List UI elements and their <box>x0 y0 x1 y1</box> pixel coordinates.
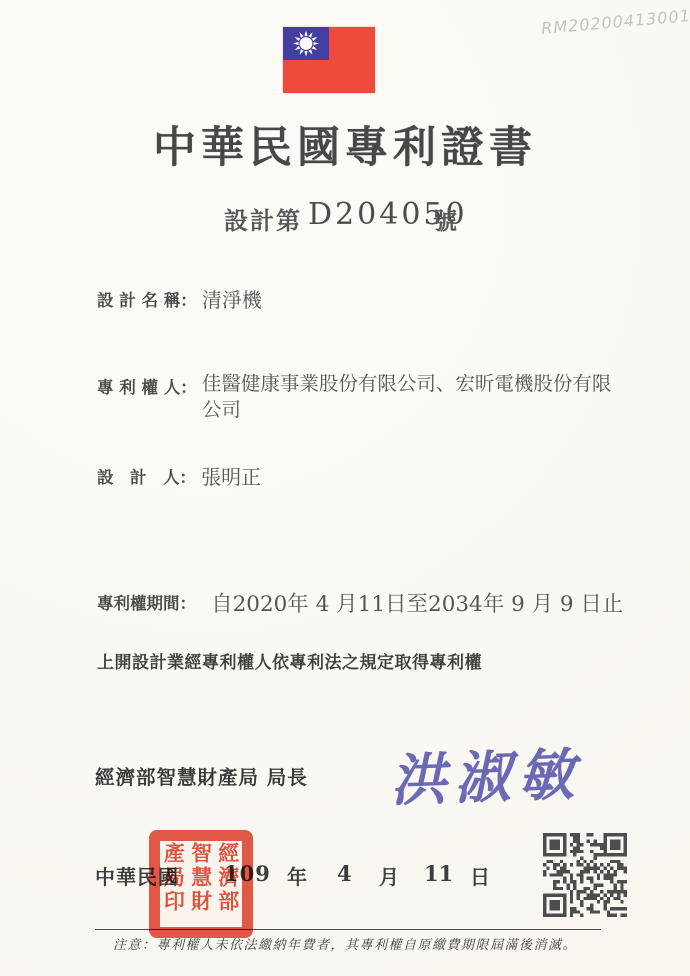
patentee-label: 專 利 權 人： <box>97 371 197 398</box>
patent-term-label: 專利權期間： <box>97 587 196 614</box>
date-month-unit: 月 <box>379 861 399 890</box>
seal-column-right: 經濟部 <box>216 842 241 926</box>
footer-note: 注意：專利權人未依法繳納年費者，其專利權自原繳費期限屆滿後消滅。 <box>0 934 690 953</box>
design-name-row: 設 計 名 稱： 清淨機 <box>97 284 262 313</box>
roc-flag <box>283 27 375 93</box>
patent-certificate-page: RM202004130016 中華民國專利證書 設計第 D204050 號 設 … <box>0 0 690 976</box>
designer-value: 張明正 <box>201 461 261 490</box>
patent-term-row: 專利權期間： 自2020年 4 月11日至2034年 9 月 9 日止 <box>97 587 623 618</box>
qr-code <box>543 833 627 917</box>
patentee-value: 佳醫健康事業股份有限公司、宏昕電機股份有限公司 <box>202 371 617 424</box>
patentee-row: 專 利 權 人： 佳醫健康事業股份有限公司、宏昕電機股份有限公司 <box>97 371 617 424</box>
certificate-title: 中華民國專利證書 <box>0 114 690 175</box>
certificate-number-line: 設計第 D204050 號 <box>0 197 690 233</box>
flag-canton <box>283 27 329 60</box>
issuing-office-title: 經濟部智慧財產局 局長 <box>95 762 308 790</box>
seal-column-middle: 智慧財 <box>188 842 213 926</box>
date-month: 4 <box>337 861 352 886</box>
cert-number-prefix: 設計第 <box>224 201 302 236</box>
sun-icon <box>283 27 329 60</box>
patent-term-value: 自2020年 4 月11日至2034年 9 月 9 日止 <box>211 587 623 618</box>
date-day: 11 <box>424 861 453 886</box>
date-day-unit: 日 <box>470 861 490 890</box>
design-name-value: 清淨機 <box>202 284 262 313</box>
date-year-unit: 年 <box>287 861 307 890</box>
handwritten-reference-number: RM202004130016 <box>540 5 690 38</box>
official-red-seal: 產局印 智慧財 經濟部 <box>149 830 253 938</box>
cert-number-suffix: 號 <box>433 201 457 236</box>
director-general-signature: 洪淑敏 <box>389 731 584 818</box>
seal-column-left: 產局印 <box>161 842 186 926</box>
design-name-label: 設 計 名 稱： <box>97 284 197 311</box>
designer-row: 設 計 人： 張明正 <box>97 461 261 490</box>
designer-label: 設 計 人： <box>97 461 196 488</box>
grant-statement: 上開設計業經專利權人依專利法之規定取得專利權 <box>97 648 482 673</box>
